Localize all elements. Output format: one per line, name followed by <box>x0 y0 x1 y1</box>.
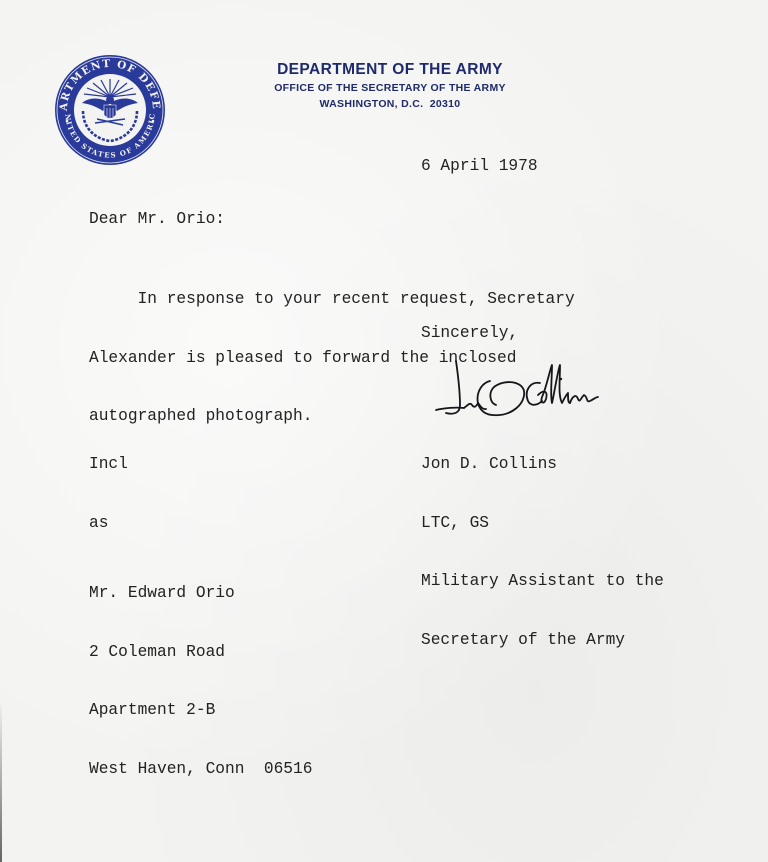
office-address: WASHINGTON, D.C. 20310 <box>230 96 550 112</box>
department-name: DEPARTMENT OF THE ARMY <box>230 60 550 80</box>
recipient-address: Mr. Edward Orio 2 Coleman Road Apartment… <box>89 545 312 799</box>
closing: Sincerely, <box>421 324 518 344</box>
recipient-city-state-zip: West Haven, Conn 06516 <box>89 760 312 780</box>
enclosure-notation: Incl as <box>89 416 128 553</box>
recipient-apartment: Apartment 2-B <box>89 701 312 721</box>
signer-name: Jon D. Collins <box>421 455 664 475</box>
letter-date: 6 April 1978 <box>421 157 538 177</box>
enclosure-line: as <box>89 514 128 534</box>
office-name: OFFICE OF THE SECRETARY OF THE ARMY <box>230 80 550 96</box>
signer-title: Secretary of the Army <box>421 631 664 651</box>
recipient-name: Mr. Edward Orio <box>89 584 312 604</box>
signature-block: Jon D. Collins LTC, GS Military Assistan… <box>421 416 664 670</box>
signer-title: Military Assistant to the <box>421 572 664 592</box>
recipient-street: 2 Coleman Road <box>89 643 312 663</box>
body-line: In response to your recent request, Secr… <box>89 290 575 310</box>
handwritten-signature-icon <box>434 355 614 425</box>
department-of-defense-seal-icon: DEPARTMENT OF DEFENSE UNITED STATES OF A… <box>53 53 167 167</box>
scan-edge-shadow <box>0 700 2 862</box>
salutation: Dear Mr. Orio: <box>89 210 225 230</box>
letterhead: DEPARTMENT OF THE ARMY OFFICE OF THE SEC… <box>230 60 550 112</box>
signer-rank: LTC, GS <box>421 514 664 534</box>
enclosure-line: Incl <box>89 455 128 475</box>
